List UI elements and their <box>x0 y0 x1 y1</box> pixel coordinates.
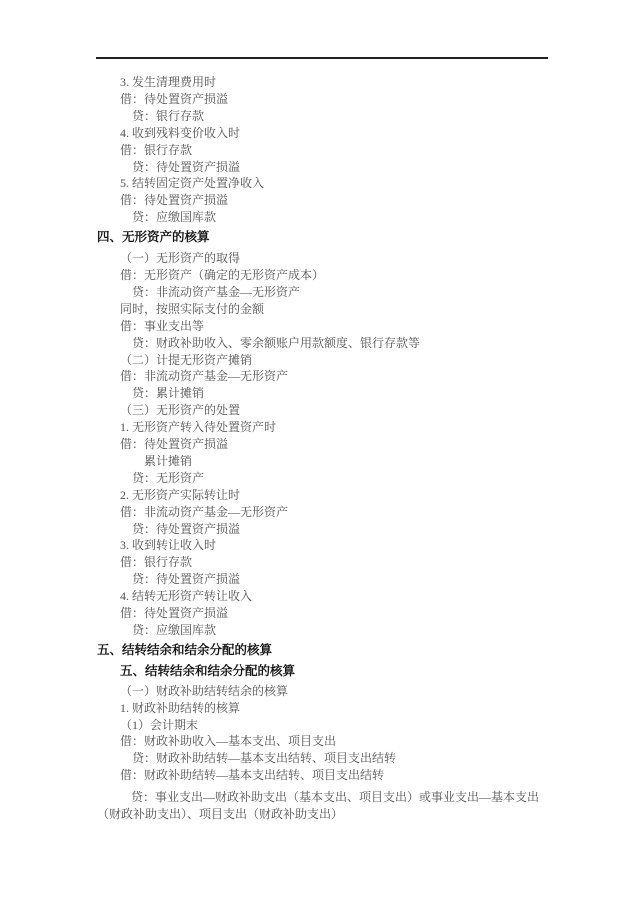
text-line: 贷：累计摊销 <box>97 385 553 402</box>
text-line: 贷：非流动资产基金—无形资产 <box>97 284 553 301</box>
text-line: 贷：银行存款 <box>97 108 553 125</box>
text-line: 4. 收到残料变价收入时 <box>97 125 553 142</box>
document-page: 3. 发生清理费用时借：待处置资产损溢贷：银行存款4. 收到残料变价收入时借：银… <box>0 0 640 906</box>
text-line: 累计摊销 <box>97 453 553 470</box>
text-line: 借：非流动资产基金—无形资产 <box>97 368 553 385</box>
text-line: 借：待处置资产损溢 <box>97 436 553 453</box>
text-line: 4. 结转无形资产转让收入 <box>97 588 553 605</box>
text-line: 借：银行存款 <box>97 554 553 571</box>
text-line: 贷：待处置资产损溢 <box>97 159 553 176</box>
text-line: 借：待处置资产损溢 <box>97 605 553 622</box>
sub-section-heading: 五、结转结余和结余分配的核算 <box>97 663 553 680</box>
text-line: 贷：财政补助收入、零余额账户用款额度、银行存款等 <box>97 335 553 352</box>
text-line: 1. 无形资产转入待处置资产时 <box>97 419 553 436</box>
text-line: 5. 结转固定资产处置净收入 <box>97 175 553 192</box>
text-line: 同时，按照实际支付的金额 <box>97 301 553 318</box>
text-line: 1. 财政补助结转的核算 <box>97 700 553 717</box>
text-line: 借：非流动资产基金—无形资产 <box>97 504 553 521</box>
text-line: 借：财政补助结转—基本支出结转、项目支出结转 <box>97 767 553 784</box>
text-line: （一）无形资产的取得 <box>97 250 553 267</box>
text-line: 贷：待处置资产损溢 <box>97 571 553 588</box>
text-line: 借：待处置资产损溢 <box>97 192 553 209</box>
text-line: 贷：应缴国库款 <box>97 622 553 639</box>
text-line: （一）财政补助结转结余的核算 <box>97 683 553 700</box>
text-line: （三）无形资产的处置 <box>97 402 553 419</box>
text-line: 3. 发生清理费用时 <box>97 74 553 91</box>
text-line: 贷：待处置资产损溢 <box>97 521 553 538</box>
text-line: 借：待处置资产损溢 <box>97 91 553 108</box>
text-line: 借：财政补助收入—基本支出、项目支出 <box>97 733 553 750</box>
text-line: 3. 收到转让收入时 <box>97 537 553 554</box>
text-line: （1）会计期末 <box>97 717 553 734</box>
section-heading: 四、无形资产的核算 <box>97 229 553 246</box>
page-divider-line <box>96 57 548 59</box>
document-content: 3. 发生清理费用时借：待处置资产损溢贷：银行存款4. 收到残料变价收入时借：银… <box>97 74 553 823</box>
text-line: 贷：应缴国库款 <box>97 209 553 226</box>
text-line: 借：事业支出等 <box>97 318 553 335</box>
text-line: 借：银行存款 <box>97 142 553 159</box>
paragraph-line: 贷：事业支出—财政补助支出（基本支出、项目支出）或事业支出—基本支出（财政补助支… <box>97 789 553 823</box>
text-line: 借：无形资产（确定的无形资产成本） <box>97 267 553 284</box>
text-line: 贷：财政补助结转—基本支出结转、项目支出结转 <box>97 750 553 767</box>
section-heading: 五、结转结余和结余分配的核算 <box>97 642 553 659</box>
text-line: 贷：无形资产 <box>97 470 553 487</box>
text-line: （二）计提无形资产摊销 <box>97 352 553 369</box>
text-line: 2. 无形资产实际转让时 <box>97 487 553 504</box>
